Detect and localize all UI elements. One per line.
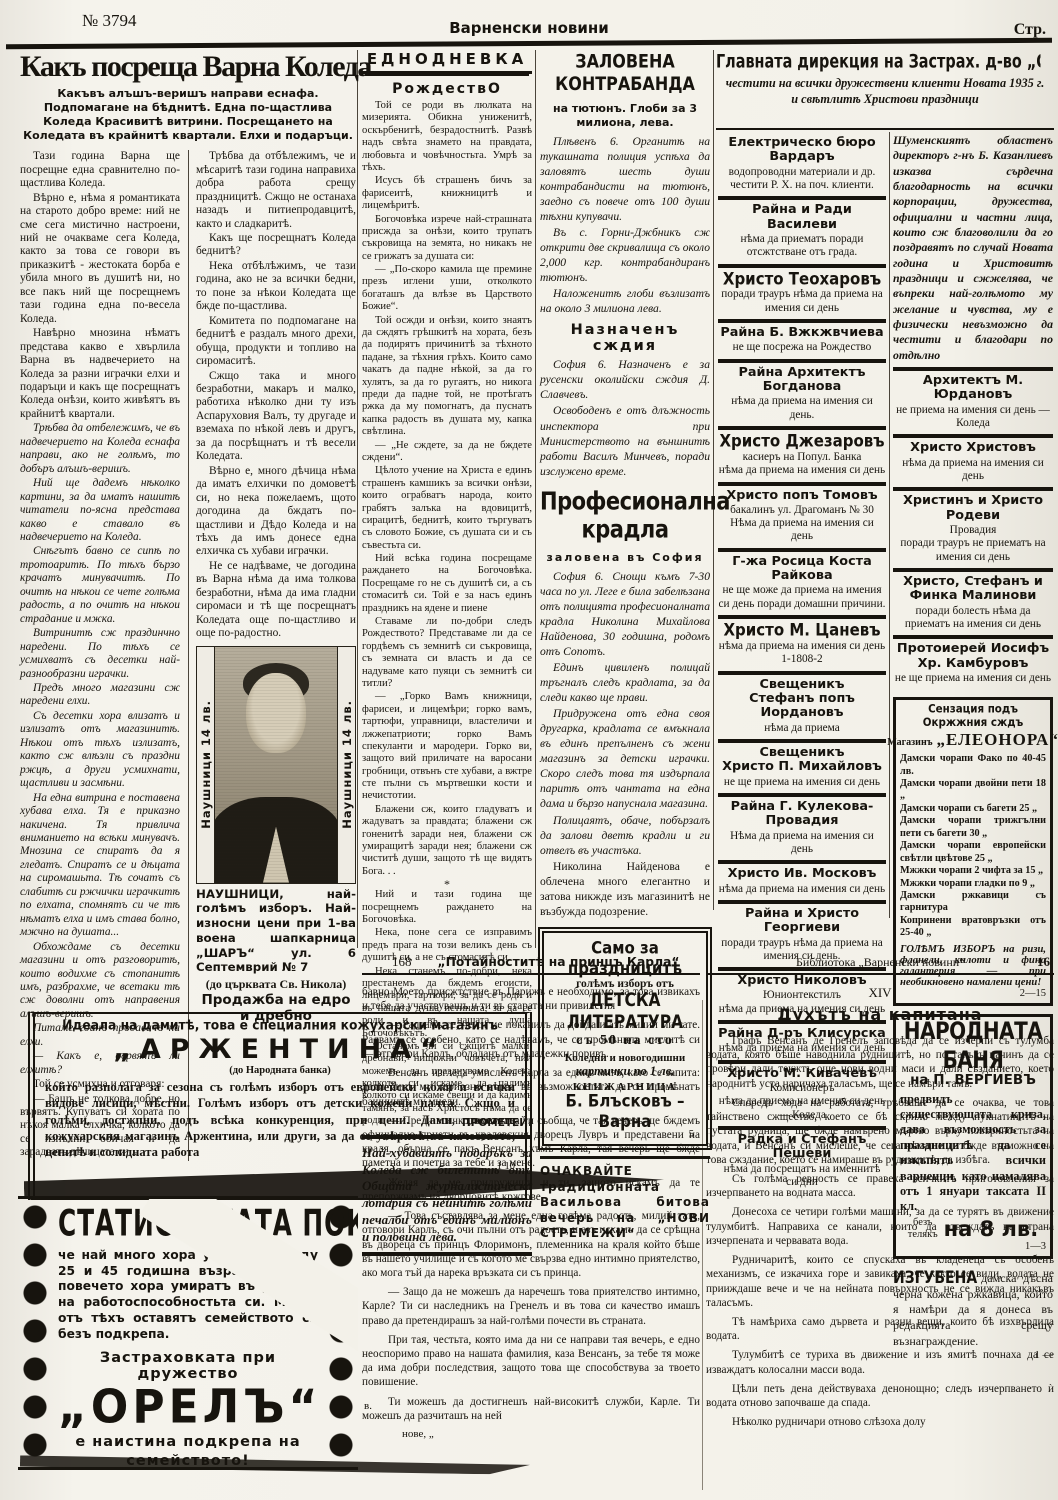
announcement: Христинъ и Христо РодевиПровадия поради … — [893, 487, 1053, 568]
newspaper-title: Варненски новини — [0, 19, 1058, 37]
announcement: Свещеникъ Стефанъ попъ Иордановънѣма да … — [718, 671, 886, 739]
paragraph: Трѣбва да отбѣлежимъ, че и мѣсаритѣ тази… — [196, 150, 356, 231]
earmuffs-ad-location: (до църквата Св. Никола) — [196, 977, 356, 992]
lead-subhead: Какъвъ алъшъ-веришъ направи еснафа. Подп… — [20, 87, 356, 143]
announcement-name: Електрическо бюро Вардаръ — [718, 136, 886, 165]
paragraph: Единъ цивиленъ полицай тръгналъ следъ кр… — [540, 660, 710, 705]
announcement-note: нѣма да приема на имения си день — [718, 883, 886, 896]
announcement-name: Христо, Стефанъ и Финка Малинови — [893, 575, 1053, 604]
announcement: Райна Б. Вжкжвчиеване ще посрежа на Рожд… — [718, 319, 886, 359]
announcement-name: Архитектъ М. Юрдановъ — [893, 374, 1053, 403]
paragraph: Обхождаме съ десетки магазини и отъ разг… — [20, 941, 180, 1022]
paragraph: Той осжди и онѣзи, които знаятъ да сждят… — [362, 315, 532, 439]
novel-right-page: Библиотока „Варненски новини“ 16 XIV Дух… — [706, 954, 1054, 1434]
lead-article: Какъ посреща Варна Коледа Какъвъ алъшъ-в… — [20, 50, 356, 1161]
announcement-name: Райна и Христо Георгиеви — [718, 907, 886, 936]
announcement-name: Христинъ и Христо Родеви — [893, 494, 1053, 523]
judge-headline: Назначенъ сждия — [540, 322, 710, 354]
orel-greeting: Главната дирекция на Застрах. д-во „ОРЕЛ… — [716, 50, 1054, 108]
announcement: Христо Ив. Московънѣма да приема на имен… — [718, 860, 886, 900]
paragraph: Донесоха се четири голѣми машини, за да … — [706, 1205, 1054, 1248]
lead-column-right: Трѣбва да отбѣлежимъ, че и мѣсаритѣ тази… — [188, 150, 356, 1161]
paragraph: Желая да ме придружишъ и ти, защото иска… — [362, 1176, 700, 1204]
announcement: Райна и Ради Василевинѣма да приематъ по… — [718, 196, 886, 263]
paragraph: Ний ще дадемъ нѣколко картини, за да има… — [20, 477, 180, 544]
paragraph: Графъ Венсанъ де Гренелъ заповѣда да се … — [706, 1034, 1054, 1091]
store-label: Магазинъ — [887, 737, 932, 748]
paragraph: Плѣвенъ 6. Органитѣ на тукашната полиция… — [540, 134, 710, 224]
book-page-number: 16 — [1037, 954, 1050, 970]
announcement-name: Христо М. Цаневъ — [718, 621, 886, 639]
paragraph: Предъ много магазини сж наредени елхи. — [20, 682, 180, 709]
price-line: Дамски ржкавици съ гарнитура — [900, 890, 1046, 915]
paragraph: Снѣгътъ бавно се сипѣ по тротоаритѣ. По … — [20, 545, 180, 626]
page-label: Стр. — [1014, 21, 1046, 39]
paragraph: Блажени сж, които гладуватъ и жадуватъ з… — [362, 804, 532, 878]
announcement-name: Райна и Ради Василеви — [718, 203, 886, 232]
paragraph: На една витрина е поставена хубава елха.… — [20, 792, 180, 940]
lead-headline: Какъ посреща Варна Коледа — [20, 50, 356, 84]
paragraph: Тѣ намѣриха само дървета и разни вещи, к… — [706, 1315, 1054, 1343]
paragraph: Исусъ бѣ страшенъ бичъ за фарисеитѣ, кни… — [362, 175, 532, 212]
announcement-name: Райна Архитектъ Богданова — [718, 366, 886, 395]
brand-name: „ОРЕЛЪ“ — [58, 1381, 318, 1435]
paragraph: София 6. Назначенъ е за русенски околийс… — [540, 357, 710, 402]
paragraph: Комитета по подпомагане на беднитѣ е раз… — [196, 315, 356, 369]
paragraph: Ний и тази година ще посрещнемъ ражданет… — [362, 889, 532, 926]
announcement-name: Христо Ив. Московъ — [718, 867, 886, 881]
shumen-director-note: Шуменскиятъ областенъ директоръ г-нъ Б. … — [893, 133, 1053, 363]
chapter-number: XIV — [706, 985, 1054, 1001]
price-line: Копринени вратовръзки отъ 25-40 „ — [900, 915, 1046, 940]
announcement-name: Райна Б. Вжкжвчиева — [718, 326, 886, 340]
announcement-note: поради болесть нѣма да приематъ на имени… — [893, 605, 1053, 632]
price-line: Дамски чорапи европейски свѣтли цвѣтове … — [900, 840, 1046, 865]
announcement-name: Свещеникъ Христо П. Михайловъ — [718, 746, 886, 775]
catchword: нове, „ — [362, 1428, 700, 1440]
announcement-note: бакалинъ ул. Драгоманъ № 30 Нѣма да прие… — [718, 504, 886, 544]
store-name-row: Магазинъ „ЕЛЕОНОРА“ — [900, 730, 1046, 750]
portrait-photo-ad: Наушници 14 лв. Наушници 14 лв. — [196, 646, 356, 884]
page-header: 168 „Потайноститѣ на принцъ Карла“ — [362, 954, 700, 975]
newspaper-page: № 3794 Варненски новини Стр. Какъ посрещ… — [0, 0, 1058, 1500]
announcement: Райна Архитектъ Богданованѣма да приема … — [718, 359, 886, 426]
chapter-title: Духътъ на капитана — [706, 1005, 1054, 1024]
announcement: Христо Христовънѣма да приема на имения … — [893, 434, 1053, 487]
page-header: Библиотока „Варненски новини“ 16 — [706, 954, 1054, 975]
paragraph: Съ голѣма ревность се правеха всичкитѣ п… — [706, 1172, 1054, 1200]
serial-title: „Потайноститѣ на принцъ Карла“ — [438, 955, 680, 969]
orel-insurance-ad: СТАТИСТИКАТА ПОКАЗВА че най много хора у… — [18, 1196, 358, 1470]
paragraph: Сжщо така и много безработни, макаръ и м… — [196, 370, 356, 464]
paragraph: Какъ ще посрещнатъ Коледа беднитѣ? — [196, 232, 356, 259]
paragraph: — Радвамъ се, че си ме поканилъ да дойда… — [362, 1018, 700, 1061]
paragraph: Не се надѣваме, че догодина въ Варна нѣм… — [196, 560, 356, 641]
paragraph: Придружена отъ една своя другарка, крадл… — [540, 706, 710, 811]
paragraph: Богочовѣка изрече най-страшната присжда … — [362, 214, 532, 264]
announcement-name: Свещеникъ Стефанъ попъ Иордановъ — [718, 678, 886, 721]
paragraph: Вѣрно е, много дѣчица нѣма да иматъ елхи… — [196, 465, 356, 559]
earmuffs-ad-text: НАУШНИЦИ, най-голѣмъ изборъ. Най-износни… — [196, 887, 356, 975]
announcement: Г-жа Росица Коста Райковане ще може да п… — [718, 548, 886, 615]
paragraph: Витринитѣ сж праздинчно наредени. По тѣх… — [20, 627, 180, 681]
greeting-rule — [716, 128, 1054, 130]
paragraph: бавно Моето присжтствие въ Парижъ е необ… — [362, 985, 700, 1013]
announcement-note: поради трауръ нѣма да приема на имения с… — [718, 288, 886, 315]
paragraph: — „По-скоро камила ще премине презъ игле… — [362, 264, 532, 314]
paragraph: — Защо да не можешъ да наречешъ това при… — [362, 1285, 700, 1328]
paragraph: При тая, честьта, която има да ни се нап… — [362, 1333, 700, 1390]
announcement-note: нѣма да приематъ поради отсжтстване отъ … — [718, 233, 886, 260]
paragraph: София 6. Снощи къмъ 7-30 часа по ул. Лег… — [540, 569, 710, 659]
paragraph: — Преди всичко, имамъ да ти съобща, че т… — [362, 1114, 700, 1171]
paragraph: Ний всѣка година посрещаме раждането на … — [362, 553, 532, 615]
ad-line: Застраховката при дружество — [58, 1350, 318, 1382]
strip-label: Наушници 14 лв. — [199, 700, 213, 829]
greeting-line: и свѣтлитѣ Христови праздници — [716, 92, 1054, 108]
announcement-note: нѣма да приема — [718, 722, 886, 735]
announcement: Христо Теохаровъпоради трауръ нѣма да пр… — [718, 264, 886, 319]
announcement: Христо Джезаровъкасиеръ на Попул. Банка … — [718, 426, 886, 481]
masthead-rule — [6, 38, 1052, 49]
announcement-note: водопроводни материали и др. честити Р. … — [718, 166, 886, 193]
announcement-note: не приема на имения си день — Коледа — [893, 404, 1053, 431]
paragraph: Вѣрно е, нѣма я романтиката на старото д… — [20, 192, 180, 327]
earmuffs-price-strip-left: Наушници 14 лв. — [197, 647, 215, 883]
photo-grain — [215, 647, 337, 883]
ad-kicker: Сензация подъ Окржжния сждъ — [900, 703, 1046, 729]
book-page-number: 168 — [392, 954, 412, 970]
paragraph: Нека отбѣлѣжимъ, че тази година, ако не … — [196, 260, 356, 314]
announcement-name: Христо Теохаровъ — [718, 270, 886, 288]
column-title: ЕДНОДНЕВКА — [362, 50, 532, 74]
announcement-name: Г-жа Росица Коста Райкова — [718, 555, 886, 584]
announcement-name: Христо Джезаровъ — [718, 432, 886, 450]
contraband-headline: ЗАЛОВЕНА КОНТРАБАНДА — [540, 50, 710, 95]
paragraph: Ти можешъ да достигнешъ най-високитѣ слу… — [362, 1395, 700, 1423]
strip-label: Наушници 14 лв. — [340, 700, 354, 829]
announcement-note: не ще приема на имения си день — [893, 672, 1053, 685]
paragraph: Полицаятъ, обаче, побързалъ да залови дв… — [540, 813, 710, 858]
announcement-note: не ще приема на имения си день — [718, 776, 886, 789]
paragraph: Въ с. Горни-Джбникъ сж открити две скрив… — [540, 225, 710, 285]
announcement-name: Христо Христовъ — [893, 441, 1053, 455]
column-rule-1 — [357, 50, 358, 948]
price-line: Дамски чорапи трижгълни пети съ багети 3… — [900, 815, 1046, 840]
announcement-note: Нѣма да приема на имения си день — [718, 830, 886, 857]
paragraph: Трѣбва да отбележимъ, че въ надвечерието… — [20, 422, 180, 476]
article-title: РождествО — [362, 81, 532, 97]
paragraph: Венсанъ изгледа умисленъ Карла за единъ … — [362, 1066, 700, 1109]
paragraph: Споредъ хода на работата, трѣбваше да се… — [706, 1096, 1054, 1167]
announcement-name: Райна Г. Кулекова-Провадия — [718, 800, 886, 829]
paragraph: — „Горко Вамъ книжници, фарисеи, и лицем… — [362, 691, 532, 803]
column-rule-2 — [535, 50, 536, 948]
paragraph: Цѣли петь дена действуваха денонощно; сл… — [706, 1382, 1054, 1410]
paragraph: — Това съставлява за мене една голѣма ра… — [362, 1209, 700, 1280]
announcement: Христо, Стефанъ и Финка Малиновипоради б… — [893, 568, 1053, 635]
price-line: Дамски чорапи Фако по 40-45 лв. — [900, 753, 1046, 778]
column-rule-4 — [889, 132, 890, 918]
paragraph: Освободенъ е отъ длъжность инспектора пр… — [540, 403, 710, 478]
column-rule-3 — [713, 50, 714, 910]
lead-columns: Тази година Варна ще посрещне една сравн… — [20, 150, 356, 1161]
paragraph: Рудничаритѣ, които се спускаха въ кладен… — [706, 1253, 1054, 1310]
contraband-subhead: на тютюнъ. Глоби за 3 милиона, лева. — [540, 102, 710, 130]
announcement-note: нѣма да приема на имения си день. — [718, 395, 886, 422]
paragraph: Ставаме ли по-добри следъ Рождеството? П… — [362, 616, 532, 690]
paragraph: Той се роди въ люлката на мизерията. Оби… — [362, 100, 532, 174]
price-line: Мжжки чорапи гладки по 9 „ — [900, 878, 1046, 890]
price-line: Дамски чорапи двойни пети 18 „ — [900, 778, 1046, 803]
earmuffs-price-strip-right: Наушници 14 лв. — [337, 647, 355, 883]
price-line: Мжжки чорапи 2 чифта за 15 „ — [900, 865, 1046, 877]
announcement-note: не ще може да приема на имения си день п… — [718, 584, 886, 611]
greeting-headline: Главната дирекция на Застрах. д-во „ОРЕЛ… — [716, 50, 1040, 73]
paragraph: Николина Найденова е облечена много елег… — [540, 859, 710, 919]
store-name: „ЕЛЕОНОРА“ — [937, 730, 1058, 750]
announcement: Протоиерей Иосифъ Хр. Камбуровъне ще при… — [893, 635, 1053, 689]
announcement: Райна Г. Кулекова-ПровадияНѣма да приема… — [718, 793, 886, 860]
announcement-name: Протоиерей Иосифъ Хр. Камбуровъ — [893, 642, 1053, 671]
thief-headline: Професионална крадла — [540, 487, 710, 544]
paragraph: Тази година Варна ще посрещне една сравн… — [20, 150, 180, 190]
paragraph: Цѣлото учение на Христа е единъ страшенъ… — [362, 465, 532, 552]
paragraph: — „Не сждете, за да не бждете сждени“. — [362, 440, 532, 465]
portrait-photo — [215, 647, 337, 883]
thief-subhead: заловена въ София — [540, 551, 710, 565]
announcement: Електрическо бюро Вардаръводопроводни ма… — [718, 133, 886, 196]
paragraph: Навѣрно мнозина нѣматъ представа какво е… — [20, 327, 180, 421]
price-line: Дамски чорапи съ багети 25 „ — [900, 803, 1046, 815]
announcement-note: касиеръ на Попул. Банка нѣма да приема н… — [718, 451, 886, 478]
announcement: Христо попъ Томовъбакалинъ ул. Драгоманъ… — [718, 482, 886, 548]
lead-column-left: Тази година Варна ще посрещне една сравн… — [20, 150, 180, 1161]
paragraph: Наложенитѣ глоби възлизатъ на около 3 ми… — [540, 286, 710, 316]
margin-note: в. — [364, 1400, 372, 1412]
feuilleton-left-page: 168 „Потайноститѣ на принцъ Карла“ бавно… — [362, 954, 700, 1440]
announcement: Христо М. Цаневънѣма да приема на имения… — [718, 615, 886, 670]
paragraph: Нѣколко рудничари отново слѣзоха долу — [706, 1415, 1054, 1429]
section-star: * — [362, 879, 532, 889]
announcement-note: нѣма да приема на имения си день 1-1808-… — [718, 640, 886, 667]
announcement: Свещеникъ Христо П. Михайловъне ще прием… — [718, 739, 886, 793]
announcement-note: не ще посрежа на Рождество — [718, 341, 886, 354]
paragraph: Съ десетки хора влизатъ и излизатъ отъ м… — [20, 710, 180, 791]
announcement: Архитектъ М. Юрдановъне приема на имения… — [893, 367, 1053, 434]
announcement-note: нѣма да приема на имения си день — [893, 457, 1053, 484]
greeting-line: честити на всички дружествени клиенти Но… — [716, 76, 1054, 92]
announcement-name: Христо попъ Томовъ — [718, 489, 886, 503]
paragraph: Тулумбитѣ се туриха въ движение и изъ ям… — [706, 1348, 1054, 1376]
announcement-note: Провадия поради трауръ не приематъ на им… — [893, 524, 1053, 564]
library-label: Библиотока „Варненски новини“ — [796, 955, 965, 970]
